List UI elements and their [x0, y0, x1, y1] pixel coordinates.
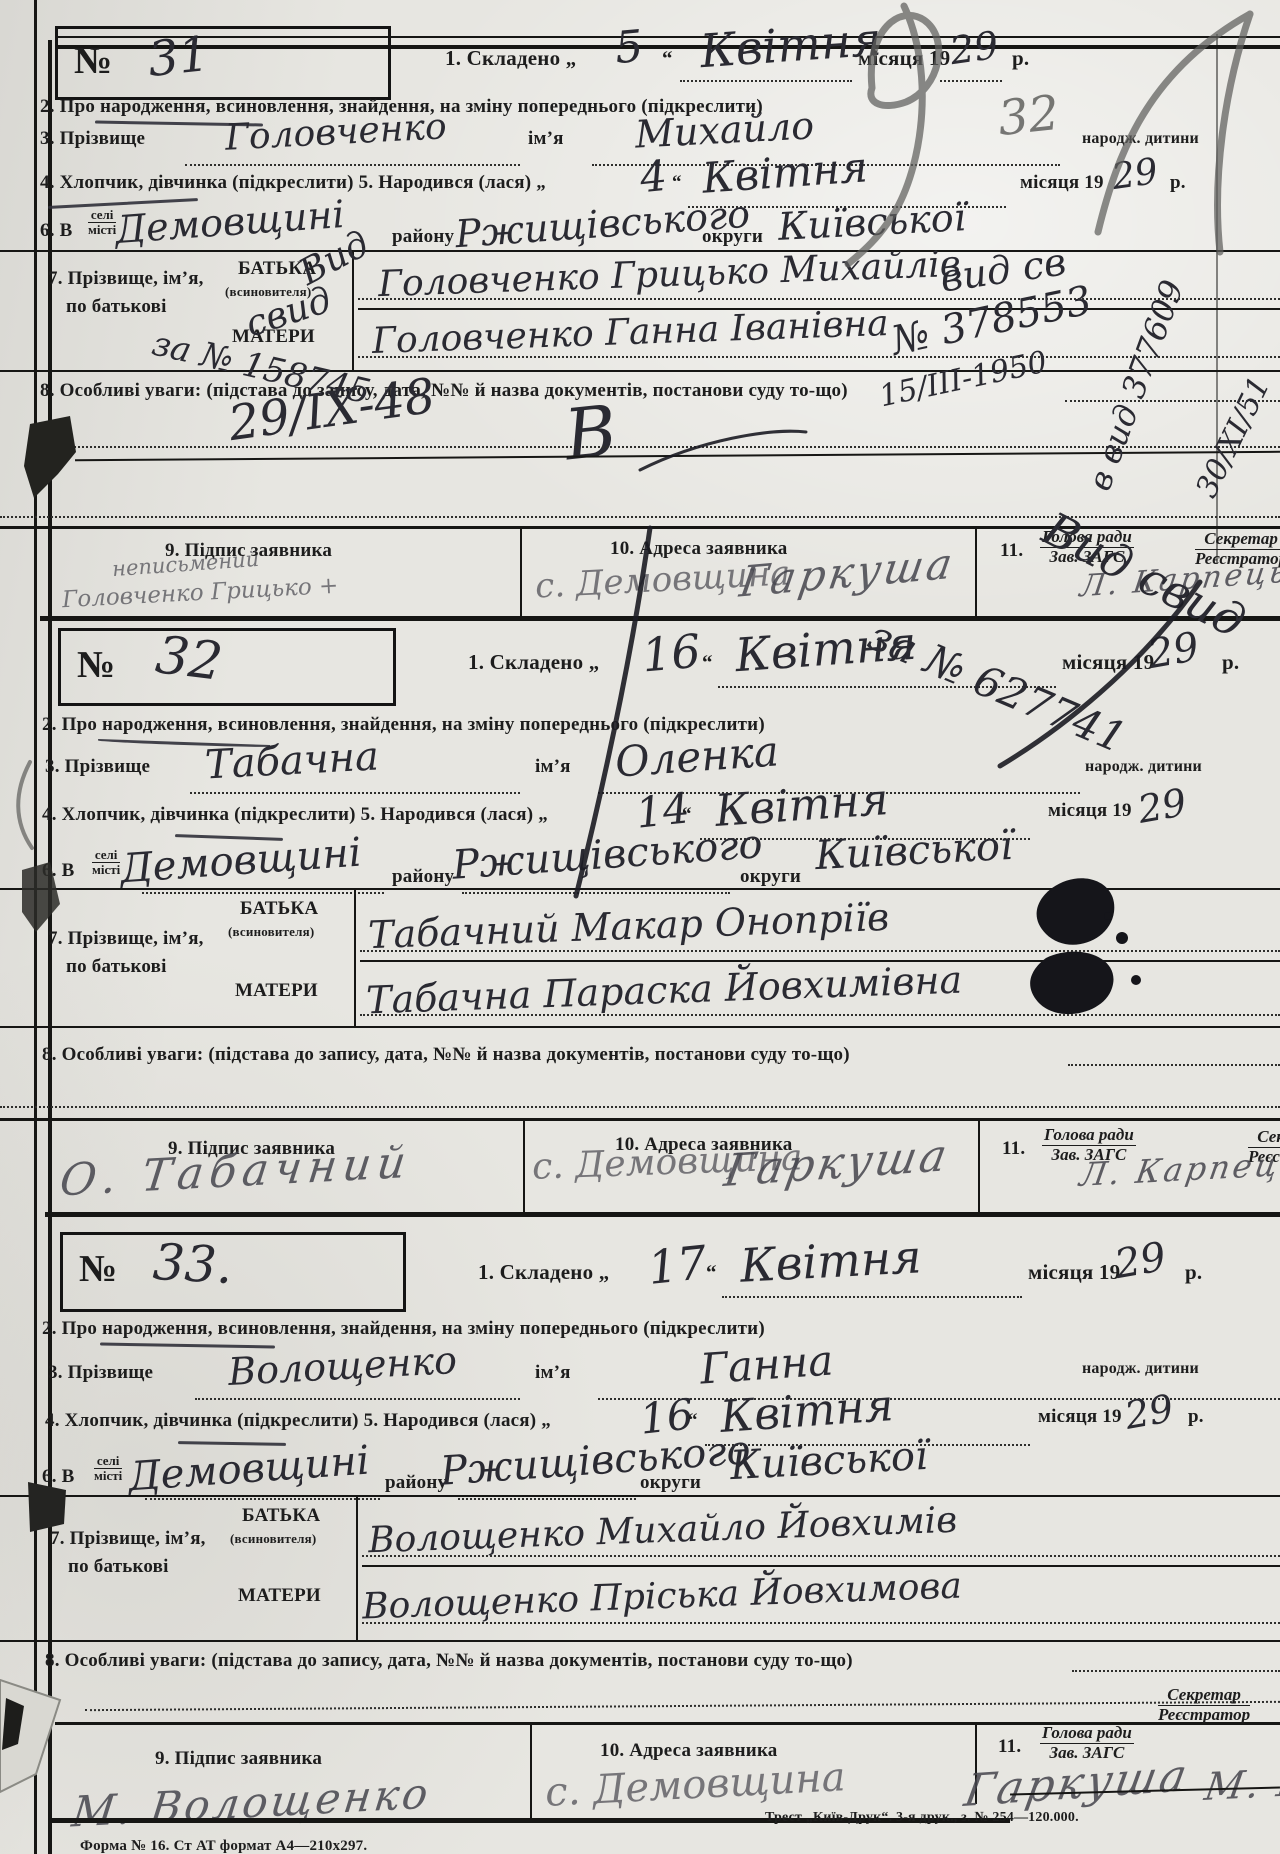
about-rest: всиновлення, знайдення, на зміну поперед…: [213, 1318, 765, 1339]
l4-pre: 4.: [40, 172, 60, 193]
quote-close-2: “: [672, 172, 682, 194]
village-word: селі: [88, 208, 116, 223]
sig-divider-1: [523, 1120, 525, 1212]
year-r-label-2: р.: [1170, 172, 1186, 194]
girl-word: дівчинка: [153, 1410, 232, 1431]
boy-word: Хлопчик,: [65, 1410, 149, 1431]
child-note: народж. дитини: [1085, 758, 1202, 776]
boy-word: Хлопчик,: [60, 172, 144, 193]
town-word: місті: [88, 223, 116, 237]
village-value: Демовщині: [127, 1438, 371, 1501]
village-line: [145, 1498, 380, 1500]
sig-divider-1: [520, 528, 522, 616]
composed-month: Квітня: [739, 1229, 923, 1292]
parents-label-1: 7. Прізвище, ім’я,: [50, 1528, 206, 1550]
parents-label-1: 7. Прізвище, ім’я,: [48, 268, 204, 290]
birth-day: 4: [638, 151, 670, 203]
child-note: народж. дитини: [1082, 1360, 1199, 1378]
town-word: місті: [94, 1469, 122, 1483]
sig-divider-2: [978, 1120, 980, 1212]
remarks-flourish: В: [561, 390, 621, 477]
head-signature: Гаркуша: [961, 1750, 1194, 1817]
okrug-value: Київської: [814, 823, 1014, 879]
sig-divider-1: [530, 1724, 532, 1820]
district-value: Ржищівського: [439, 1427, 752, 1495]
father-value: Волощенко Михайло Йовхимів: [367, 1500, 957, 1562]
okrug-label: округи: [740, 866, 801, 888]
year-line: [940, 80, 1002, 82]
month-of-label-2: місяця 19: [1048, 800, 1132, 822]
district-line: [458, 1498, 636, 1500]
father-label: БАТЬКА: [240, 898, 318, 920]
composed-month-line: [722, 1296, 1022, 1298]
ink-dot-2: [1131, 975, 1141, 985]
sig-dotted-top: [85, 1701, 1280, 1711]
applicant-signature: Головченко Грицько +: [62, 573, 339, 613]
about-pre: 2. Про: [42, 1318, 102, 1339]
parents-box-bottom: [0, 1026, 1280, 1028]
parents-label-2: по батькові: [66, 296, 167, 318]
month-of-label: місяця 19: [858, 46, 950, 71]
surname-line: [195, 1398, 520, 1400]
mother-label: МАТЕРИ: [235, 980, 318, 1002]
registrar-title: Реєстратор: [1158, 1706, 1250, 1725]
mother-label: МАТЕРИ: [238, 1585, 321, 1607]
name-value: Оленка: [613, 726, 780, 786]
village-town-fraction: селімісті: [92, 848, 120, 878]
mother-value: Головченко Ганна Іванівна: [371, 303, 889, 362]
okrug-label: округи: [640, 1472, 701, 1494]
secretary-signature: М. Карпець: [1202, 1751, 1280, 1809]
registry-ledger-page: № 31 1. Складено „ 5 “ Квітня місяця 19 …: [0, 0, 1280, 1854]
remarks-label: 8. Особливі уваги: (підстава до запису, …: [45, 1650, 853, 1672]
surname-value: Табачна: [204, 733, 380, 788]
applicant-signature-note: неписьмений: [111, 547, 260, 581]
month-of-label-2: місяця 19: [1038, 1406, 1122, 1428]
l4-pre: 4.: [45, 1410, 65, 1431]
town-word: місті: [92, 863, 120, 877]
year-r-label: р.: [1185, 1260, 1202, 1285]
composed-year: 29: [947, 23, 1001, 73]
quote-close-2: “: [688, 1410, 698, 1432]
applicant-signature: М. Волощенко: [69, 1768, 433, 1836]
birth-year: 29: [1122, 1386, 1177, 1438]
composed-month: Квітня: [698, 12, 883, 79]
no-sign: №: [74, 39, 112, 83]
mother-value: Табачна Параска Йовхимівна: [365, 958, 962, 1023]
parents-divider: [354, 888, 356, 1026]
about-birth-word: народження,: [102, 1318, 213, 1339]
father-sub-label: (всиновителя): [228, 924, 314, 940]
mother-value: Волощенко Пріська Йовхимова: [361, 1566, 962, 1628]
secretary-fraction: СекретарРеєстратор: [1158, 1686, 1250, 1724]
child-note: народж. дитини: [1082, 130, 1199, 148]
head-number-label: 11.: [1002, 1138, 1025, 1160]
ink-dot-1: [1116, 932, 1128, 944]
month-of-label: місяця 19: [1062, 650, 1154, 675]
head-title-1: Голова ради: [1040, 1724, 1134, 1744]
remarks-label: 8. Особливі уваги: (підстава до запису, …: [42, 1044, 850, 1066]
about-rest: всиновлення, знайдення, на зміну поперед…: [213, 714, 765, 735]
record-number: 33.: [152, 1233, 234, 1295]
name-label: ім’я: [535, 1362, 571, 1384]
name-label: ім’я: [528, 128, 564, 150]
corner-mark: [2, 1698, 24, 1750]
head-number-label: 11.: [998, 1736, 1021, 1758]
paper-damage: [0, 416, 76, 1792]
surname-line: [190, 792, 520, 794]
in-label: 6. В: [42, 1466, 74, 1488]
in-label: 6. В: [40, 220, 72, 242]
sex-born-line: 4. Хлопчик, дівчинка (підкреслити) 5. На…: [45, 1410, 551, 1432]
applicant-signature: О. Табачний: [57, 1137, 415, 1207]
left-rule-outer: [34, 0, 37, 1854]
parents-box-top: [0, 1495, 1280, 1497]
parents-label-2: по батькові: [66, 956, 167, 978]
about-pre: 2. Про: [40, 96, 100, 117]
birth-year: 29: [1109, 151, 1160, 198]
year-r-label: р.: [1012, 46, 1029, 71]
composed-label: 1. Складено „: [445, 46, 576, 71]
remarks-line-short: [1072, 1670, 1280, 1672]
composed-month-line: [680, 80, 852, 82]
village-word: селі: [94, 1454, 122, 1469]
about-line: 2. Про народження, всиновлення, знайденн…: [42, 1318, 765, 1340]
in-label: 6. В: [42, 860, 74, 882]
sig-rule-top: [0, 1118, 1280, 1121]
girl-word: дівчинка: [148, 172, 227, 193]
remarks-line-short: [1068, 1064, 1280, 1066]
sig-divider-2: [975, 528, 977, 616]
surname-line: [185, 164, 520, 166]
about-pre: 2. Про: [42, 714, 102, 735]
pencil-bracket: [18, 762, 32, 848]
record-number: 32: [153, 625, 226, 693]
boy-word: Хлопчик,: [62, 804, 146, 825]
composed-year: 29: [1144, 624, 1202, 678]
head-number-label: 11.: [1000, 540, 1023, 562]
about-birth-word: народження,: [100, 96, 211, 117]
village-value: Демовщині: [119, 830, 363, 893]
secretary-title: Секретар: [1195, 530, 1280, 550]
ink-flourish-tail: [640, 431, 806, 470]
quote-close: “: [702, 650, 713, 675]
no-sign: №: [79, 1247, 117, 1291]
father-value: Табачний Макар Онопріїв: [367, 895, 889, 957]
form-footer: Форма № 16. Ст АТ формат А4—210x297.: [80, 1838, 367, 1854]
quote-close: “: [706, 1260, 717, 1285]
district-label: району: [392, 226, 454, 248]
composed-label: 1. Складено „: [478, 1260, 609, 1285]
l4-rest: (підкреслити) 5. Народився (лася) „: [229, 804, 548, 825]
parents-box-top: [0, 888, 1280, 890]
village-line: [142, 892, 384, 894]
okrug-value: Київської: [777, 195, 967, 249]
diag-note-date: 30/ХІ/51: [1189, 371, 1277, 503]
hand-underline-birth: [100, 1342, 275, 1348]
district-line: [462, 892, 730, 894]
composed-day: 17: [645, 1235, 709, 1295]
record-number: 31: [145, 26, 212, 88]
name-line: [598, 1398, 1280, 1400]
parents-box-bottom: [0, 1640, 1280, 1642]
head-title-1: Голова ради: [1042, 1126, 1136, 1146]
district-value: Ржищівського: [451, 821, 764, 889]
pencil-check-down: [1218, 14, 1250, 252]
father-label: БАТЬКА: [242, 1505, 320, 1527]
sig-rule-bottom: [45, 1212, 1280, 1217]
month-of-label: місяця 19: [1028, 1260, 1120, 1285]
sex-born-line: 4. Хлопчик, дівчинка (підкреслити) 5. На…: [40, 172, 546, 194]
parents-separator: [362, 1565, 1280, 1567]
sig-label: 9. Підпис заявника: [155, 1748, 322, 1770]
remarks-label: 8. Особливі уваги: (підстава до запису, …: [40, 380, 848, 402]
district-label: району: [385, 1472, 447, 1494]
year-r-label: р.: [1222, 650, 1239, 675]
parents-label-1: 7. Прізвище, ім’я,: [48, 928, 204, 950]
record-number-box: № 33.: [60, 1232, 406, 1312]
printer-footer: Трест „Київ-Друк“. 3-я друк., з. № 254—1…: [765, 1810, 1079, 1826]
surname-label: 3. Прізвище: [45, 756, 150, 778]
surname-label: 3. Прізвище: [40, 128, 145, 150]
sig-rule-bottom: [40, 616, 1280, 621]
village-town-fraction: селімісті: [88, 208, 116, 238]
ink-blots: [1030, 878, 1141, 1014]
quote-close: “: [662, 46, 673, 71]
l4-pre: 4.: [42, 804, 62, 825]
about-line: 2. Про народження, всиновлення, знайденн…: [42, 714, 765, 736]
no-sign: №: [77, 643, 115, 687]
composed-day: 5: [613, 21, 645, 74]
secretary-title: Секретар: [1158, 1686, 1250, 1706]
l4-rest: (підкреслити) 5. Народився (лася) „: [232, 1410, 551, 1431]
sig-dotted-top: [0, 1106, 1280, 1108]
sex-born-line: 4. Хлопчик, дівчинка (підкреслити) 5. На…: [42, 804, 548, 826]
village-town-fraction: селімісті: [94, 1454, 122, 1484]
district-label: району: [392, 866, 454, 888]
okrug-label: округи: [702, 226, 763, 248]
okrug-value: Київської: [729, 1433, 929, 1489]
composed-label: 1. Складено „: [468, 650, 599, 675]
year-r-label-2: р.: [1188, 1406, 1204, 1428]
father-sub-label: (всиновителя): [230, 1531, 316, 1547]
pencil-page-number: 32: [995, 85, 1062, 147]
parents-label-2: по батькові: [68, 1556, 169, 1578]
name-label: ім’я: [535, 756, 571, 778]
composed-day: 16: [640, 624, 703, 683]
girl-word: дівчинка: [150, 804, 229, 825]
record-number-box: № 32: [58, 628, 396, 706]
birth-year: 29: [1135, 780, 1190, 832]
about-birth-word: народження,: [102, 714, 213, 735]
record-number-box: № 31: [55, 26, 391, 100]
village-word: селі: [92, 848, 120, 863]
surname-label: 3. Прізвище: [48, 1362, 153, 1384]
l4-rest: (підкреслити) 5. Народився (лася) „: [227, 172, 546, 193]
parents-box-top: [0, 250, 1280, 252]
applicant-address: с. Демовщина: [544, 1754, 847, 1816]
month-of-label-2: місяця 19: [1020, 172, 1104, 194]
composed-year: 29: [1111, 1234, 1169, 1288]
ink-dot-3: [1104, 912, 1112, 920]
quote-close-2: “: [682, 804, 692, 826]
parents-divider: [356, 1495, 358, 1640]
